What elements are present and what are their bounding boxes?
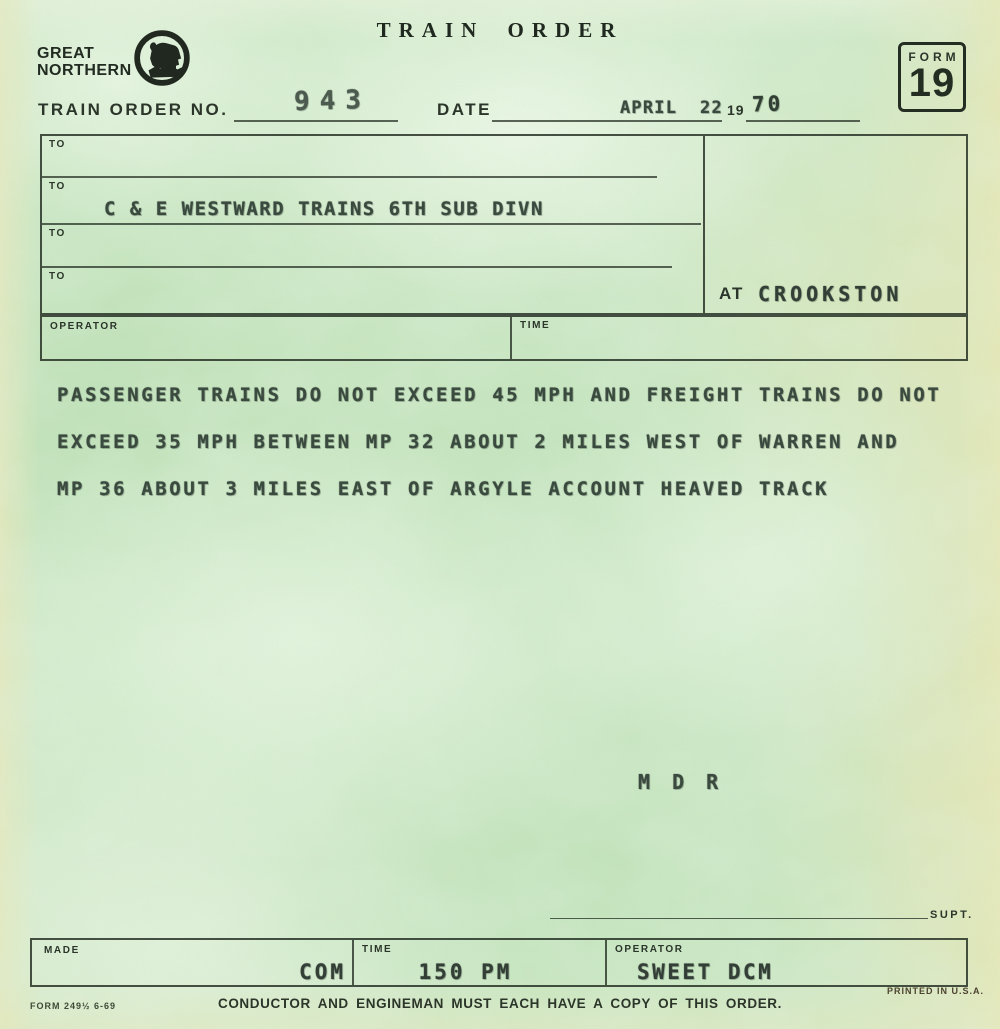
to-label: TO bbox=[49, 181, 66, 192]
order-text-line: PASSENGER TRAINS DO NOT EXCEED 45 MPH AN… bbox=[57, 384, 941, 431]
order-text: PASSENGER TRAINS DO NOT EXCEED 45 MPH AN… bbox=[57, 384, 941, 525]
supt-signature-line bbox=[550, 902, 928, 919]
made-value: COM bbox=[299, 960, 346, 984]
order-no-label: TRAIN ORDER NO. bbox=[38, 100, 229, 120]
year-value: 70 bbox=[752, 91, 784, 116]
time-label: TIME bbox=[520, 320, 550, 331]
completion-time-label: TIME bbox=[362, 944, 392, 955]
to-label: TO bbox=[49, 139, 66, 150]
railroad-wordmark: GREAT NORTHERN bbox=[37, 45, 132, 79]
at-value: CROOKSTON bbox=[758, 282, 902, 306]
form-number-box: FORM 19 bbox=[898, 42, 966, 112]
address-box: TO TO C & E WESTWARD TRAINS 6TH SUB DIVN… bbox=[40, 134, 968, 315]
operator-label: OPERATOR bbox=[50, 321, 119, 332]
supt-label: SUPT. bbox=[930, 909, 974, 921]
to-line-value: C & E WESTWARD TRAINS 6TH SUB DIVN bbox=[104, 198, 544, 220]
to-label: TO bbox=[49, 271, 66, 282]
conductor-notice: CONDUCTOR AND ENGINEMAN MUST EACH HAVE A… bbox=[0, 996, 1000, 1011]
completion-operator-label: OPERATOR bbox=[615, 944, 684, 955]
order-text-line: MP 36 ABOUT 3 MILES EAST OF ARGYLE ACCOU… bbox=[57, 478, 941, 525]
railroad-name-line2: NORTHERN bbox=[37, 62, 132, 79]
railroad-name-line1: GREAT bbox=[37, 45, 132, 62]
date-value: APRIL 22 bbox=[620, 98, 723, 118]
to-row: TO C & E WESTWARD TRAINS 6TH SUB DIVN bbox=[42, 178, 703, 225]
order-text-line: EXCEED 35 MPH BETWEEN MP 32 ABOUT 2 MILE… bbox=[57, 431, 941, 478]
at-label: AT bbox=[719, 284, 744, 304]
to-row: TO bbox=[42, 136, 703, 178]
time-cell: TIME 150 PM bbox=[352, 940, 607, 985]
order-no-value: 943 bbox=[294, 85, 372, 117]
form-box-number: 19 bbox=[901, 64, 963, 102]
year-prefix: 19 bbox=[727, 102, 745, 118]
to-label: TO bbox=[49, 228, 66, 239]
completion-operator-value: SWEET DCM bbox=[637, 960, 773, 984]
operator-time-row: OPERATOR TIME bbox=[40, 315, 968, 361]
to-row: TO bbox=[42, 268, 703, 313]
completion-operator-cell: OPERATOR SWEET DCM bbox=[605, 940, 968, 985]
made-label: MADE bbox=[44, 945, 80, 956]
made-cell: MADE COM bbox=[32, 940, 352, 985]
to-row: TO bbox=[42, 225, 703, 268]
dispatcher-initials: M D R bbox=[638, 770, 723, 794]
printed-in-usa: PRINTED IN U.S.A. bbox=[887, 986, 984, 996]
date-label: DATE bbox=[437, 100, 492, 120]
at-cell: AT CROOKSTON bbox=[703, 136, 968, 313]
completion-time-value: 150 PM bbox=[354, 960, 577, 984]
completion-box: MADE COM TIME 150 PM OPERATOR SWEET DCM bbox=[30, 938, 968, 987]
operator-time-divider bbox=[510, 317, 512, 359]
goat-icon bbox=[133, 29, 191, 87]
